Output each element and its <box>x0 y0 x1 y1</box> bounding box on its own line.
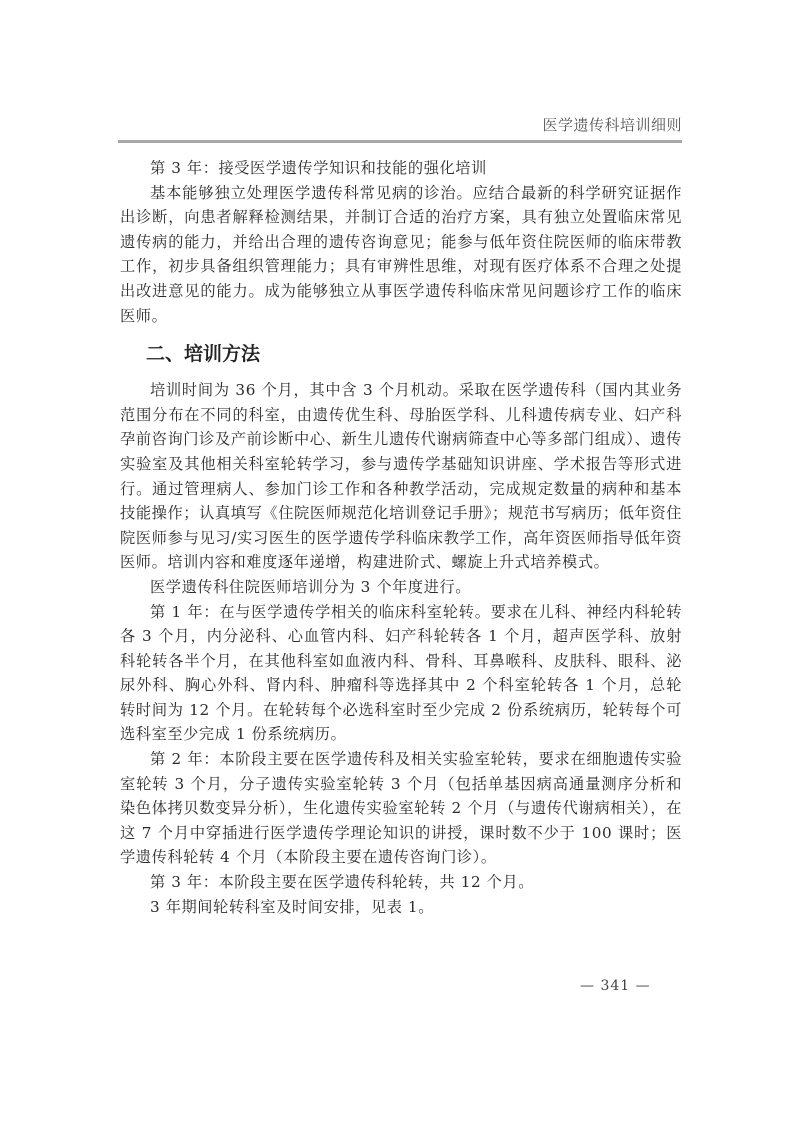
section-title-training-method: 二、培训方法 <box>120 340 682 368</box>
paragraph-year-3: 第 3 年：本阶段主要在医学遗传科轮转，共 12 个月。 <box>120 870 682 895</box>
page-number: — 341 — <box>580 978 651 994</box>
year3-goal-body: 基本能够独立处理医学遗传科常见病的诊治。应结合最新的科学研究证据作出诊断，向患者… <box>120 181 682 329</box>
paragraph-three-stages: 医学遗传科住院医师培训分为 3 个年度进行。 <box>120 575 682 600</box>
page-content: 第 3 年：接受医学遗传学知识和技能的强化培训 基本能够独立处理医学遗传科常见病… <box>120 156 682 919</box>
paragraph-training-overview: 培训时间为 36 个月，其中含 3 个月机动。采取在医学遗传科（国内其业务范围分… <box>120 378 682 575</box>
paragraph-year-1: 第 1 年：在与医学遗传学相关的临床科室轮转。要求在儿科、神经内科轮转各 3 个… <box>120 600 682 748</box>
running-header: 医学遗传科培训细则 <box>118 112 682 143</box>
running-header-title: 医学遗传科培训细则 <box>542 114 682 135</box>
paragraph-year-2: 第 2 年：本阶段主要在医学遗传科及相关实验室轮转，要求在细胞遗传实验室轮转 3… <box>120 747 682 870</box>
paragraph-table-reference: 3 年期间轮转科室及时间安排，见表 1。 <box>120 895 682 920</box>
year3-goal-heading: 第 3 年：接受医学遗传学知识和技能的强化培训 <box>120 156 682 181</box>
